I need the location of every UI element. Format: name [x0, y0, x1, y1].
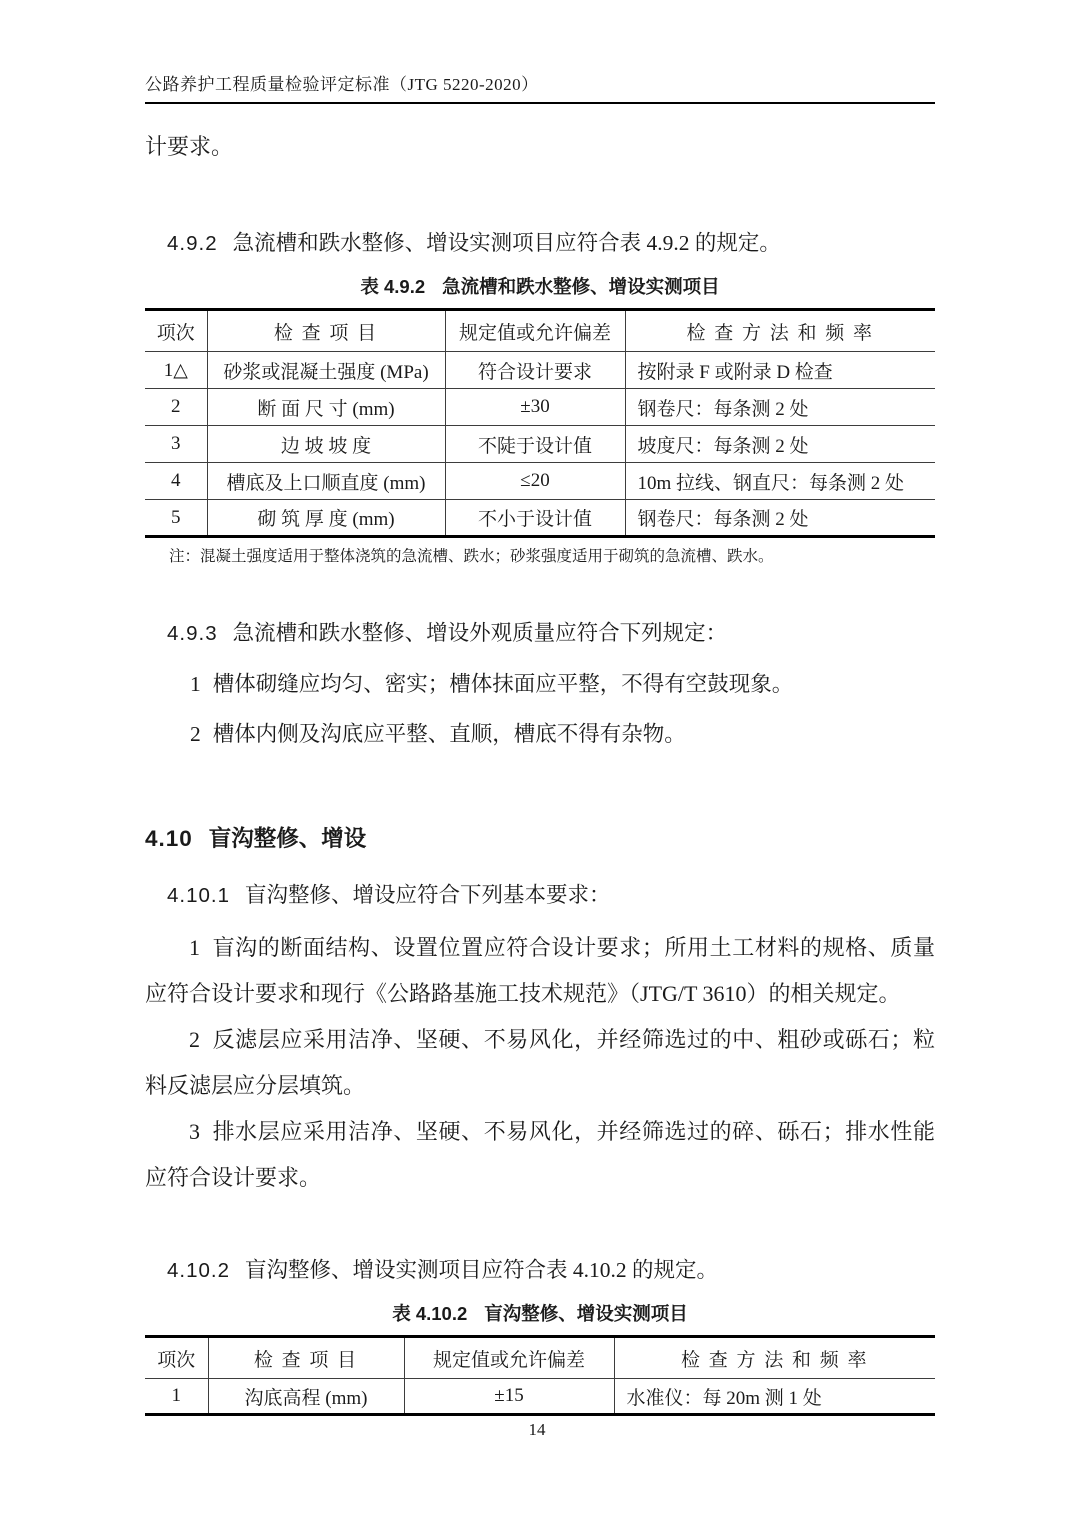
table-cell: 断 面 尺 寸 (mm)	[207, 389, 445, 426]
column-header-tolerance: 规定值或允许偏差	[445, 310, 625, 352]
clause-text: 急流槽和跌水整修、增设外观质量应符合下列规定：	[233, 621, 728, 645]
caption-label: 表 4.9.2	[360, 276, 425, 297]
clause-4-9-2: 4.9.2急流槽和跌水整修、增设实测项目应符合表 4.9.2 的规定。	[145, 226, 935, 261]
table-cell: 符合设计要求	[445, 352, 625, 389]
item-text: 反滤层应采用洁净、坚硬、不易风化，并经筛选过的中、粗砂或砾石；粒料反滤层应分层填…	[145, 1027, 935, 1098]
page-number: 14	[0, 1420, 1074, 1440]
table-row: 2 断 面 尺 寸 (mm) ±30 钢卷尺：每条测 2 处	[145, 389, 935, 426]
table-cell: 4	[145, 463, 207, 500]
table-cell: 槽底及上口顺直度 (mm)	[207, 463, 445, 500]
table-cell: 坡度尺：每条测 2 处	[625, 426, 935, 463]
item-text: 排水层应采用洁净、坚硬、不易风化，并经筛选过的碎、砾石；排水性能应符合设计要求。	[145, 1119, 935, 1190]
caption-title: 盲沟整修、增设实测项目	[484, 1303, 688, 1324]
table-row: 3 边 坡 坡 度 不陡于设计值 坡度尺：每条测 2 处	[145, 426, 935, 463]
table-cell: 不小于设计值	[445, 500, 625, 537]
table-cell: 1	[145, 1379, 208, 1415]
table-caption-4-10-2: 表 4.10.2盲沟整修、增设实测项目	[145, 1301, 935, 1327]
table-cell: 不陡于设计值	[445, 426, 625, 463]
measured-items-table-4-10-2: 项次 检 查 项 目 规定值或允许偏差 检 查 方 法 和 频 率 1 沟底高程…	[145, 1335, 935, 1416]
clause-number: 4.10.1	[167, 884, 230, 907]
continuation-paragraph: 计要求。	[145, 132, 935, 162]
table-cell: 沟底高程 (mm)	[208, 1379, 404, 1415]
table-cell: 5	[145, 500, 207, 537]
table-row: 4 槽底及上口顺直度 (mm) ≤20 10m 拉线、钢直尺：每条测 2 处	[145, 463, 935, 500]
column-header-check-item: 检 查 项 目	[208, 1337, 404, 1379]
caption-title: 急流槽和跌水整修、增设实测项目	[442, 276, 720, 297]
clause-text: 盲沟整修、增设实测项目应符合表 4.10.2 的规定。	[245, 1258, 718, 1282]
running-header: 公路养护工程质量检验评定标准（JTG 5220-2020）	[145, 0, 935, 104]
clause-text: 急流槽和跌水整修、增设实测项目应符合表 4.9.2 的规定。	[233, 231, 781, 255]
table-header-row: 项次 检 查 项 目 规定值或允许偏差 检 查 方 法 和 频 率	[145, 310, 935, 352]
table-cell: 1△	[145, 352, 207, 389]
requirement-paragraph-1: 1盲沟的断面结构、设置位置应符合设计要求；所用土工材料的规格、质量应符合设计要求…	[145, 925, 935, 1017]
table-cell: 2	[145, 389, 207, 426]
section-number: 4.10	[145, 826, 193, 851]
table-cell: ±15	[404, 1379, 614, 1415]
clause-4-10-1: 4.10.1盲沟整修、增设应符合下列基本要求：	[145, 878, 935, 913]
requirements-block: 1盲沟的断面结构、设置位置应符合设计要求；所用土工材料的规格、质量应符合设计要求…	[145, 925, 935, 1201]
item-number: 1	[189, 935, 200, 960]
table-cell: 钢卷尺：每条测 2 处	[625, 500, 935, 537]
table-cell: 砂浆或混凝土强度 (MPa)	[207, 352, 445, 389]
list-item-1: 1槽体砌缝应均匀、密实；槽体抹面应平整，不得有空鼓现象。	[145, 668, 935, 700]
section-heading-4-10: 4.10盲沟整修、增设	[145, 822, 935, 856]
table-cell: 10m 拉线、钢直尺：每条测 2 处	[625, 463, 935, 500]
table-row: 5 砌 筑 厚 度 (mm) 不小于设计值 钢卷尺：每条测 2 处	[145, 500, 935, 537]
table-cell: ±30	[445, 389, 625, 426]
column-header-item-no: 项次	[145, 1337, 208, 1379]
table-header-row: 项次 检 查 项 目 规定值或允许偏差 检 查 方 法 和 频 率	[145, 1337, 935, 1379]
item-number: 1	[190, 672, 201, 696]
measured-items-table-4-9-2: 项次 检 查 项 目 规定值或允许偏差 检 查 方 法 和 频 率 1△ 砂浆或…	[145, 308, 935, 538]
page-content: 公路养护工程质量检验评定标准（JTG 5220-2020） 计要求。 4.9.2…	[145, 0, 935, 1416]
list-item-2: 2槽体内侧及沟底应平整、直顺，槽底不得有杂物。	[145, 718, 935, 750]
column-header-method: 检 查 方 法 和 频 率	[625, 310, 935, 352]
table-cell: 3	[145, 426, 207, 463]
table-cell: 水准仪：每 20m 测 1 处	[614, 1379, 935, 1415]
item-number: 2	[189, 1027, 200, 1052]
document-page: 公路养护工程质量检验评定标准（JTG 5220-2020） 计要求。 4.9.2…	[0, 0, 1074, 1520]
item-text: 盲沟的断面结构、设置位置应符合设计要求；所用土工材料的规格、质量应符合设计要求和…	[145, 935, 935, 1006]
table-cell: 钢卷尺：每条测 2 处	[625, 389, 935, 426]
table-cell: 边 坡 坡 度	[207, 426, 445, 463]
table-cell: 按附录 F 或附录 D 检查	[625, 352, 935, 389]
item-text: 槽体砌缝应均匀、密实；槽体抹面应平整，不得有空鼓现象。	[213, 672, 794, 696]
table-row: 1 沟底高程 (mm) ±15 水准仪：每 20m 测 1 处	[145, 1379, 935, 1415]
requirement-paragraph-3: 3排水层应采用洁净、坚硬、不易风化，并经筛选过的碎、砾石；排水性能应符合设计要求…	[145, 1109, 935, 1201]
clause-number: 4.9.2	[167, 232, 218, 255]
clause-text: 盲沟整修、增设应符合下列基本要求：	[245, 883, 611, 907]
table-row: 1△ 砂浆或混凝土强度 (MPa) 符合设计要求 按附录 F 或附录 D 检查	[145, 352, 935, 389]
column-header-method: 检 查 方 法 和 频 率	[614, 1337, 935, 1379]
clause-number: 4.10.2	[167, 1259, 230, 1282]
table-cell: 砌 筑 厚 度 (mm)	[207, 500, 445, 537]
caption-label: 表 4.10.2	[392, 1303, 467, 1324]
column-header-tolerance: 规定值或允许偏差	[404, 1337, 614, 1379]
table-caption-4-9-2: 表 4.9.2急流槽和跌水整修、增设实测项目	[145, 274, 935, 300]
table-cell: ≤20	[445, 463, 625, 500]
section-title: 盲沟整修、增设	[209, 826, 367, 851]
running-title: 公路养护工程质量检验评定标准（JTG 5220-2020）	[145, 75, 539, 94]
column-header-item-no: 项次	[145, 310, 207, 352]
clause-number: 4.9.3	[167, 622, 218, 645]
requirement-paragraph-2: 2反滤层应采用洁净、坚硬、不易风化，并经筛选过的中、粗砂或砾石；粒料反滤层应分层…	[145, 1017, 935, 1109]
item-number: 3	[189, 1119, 200, 1144]
item-number: 2	[190, 722, 201, 746]
clause-4-9-3: 4.9.3急流槽和跌水整修、增设外观质量应符合下列规定：	[145, 616, 935, 651]
table-note: 注：混凝土强度适用于整体浇筑的急流槽、跌水；砂浆强度适用于砌筑的急流槽、跌水。	[145, 546, 935, 568]
clause-4-10-2: 4.10.2盲沟整修、增设实测项目应符合表 4.10.2 的规定。	[145, 1253, 935, 1288]
item-text: 槽体内侧及沟底应平整、直顺，槽底不得有杂物。	[213, 722, 686, 746]
column-header-check-item: 检 查 项 目	[207, 310, 445, 352]
